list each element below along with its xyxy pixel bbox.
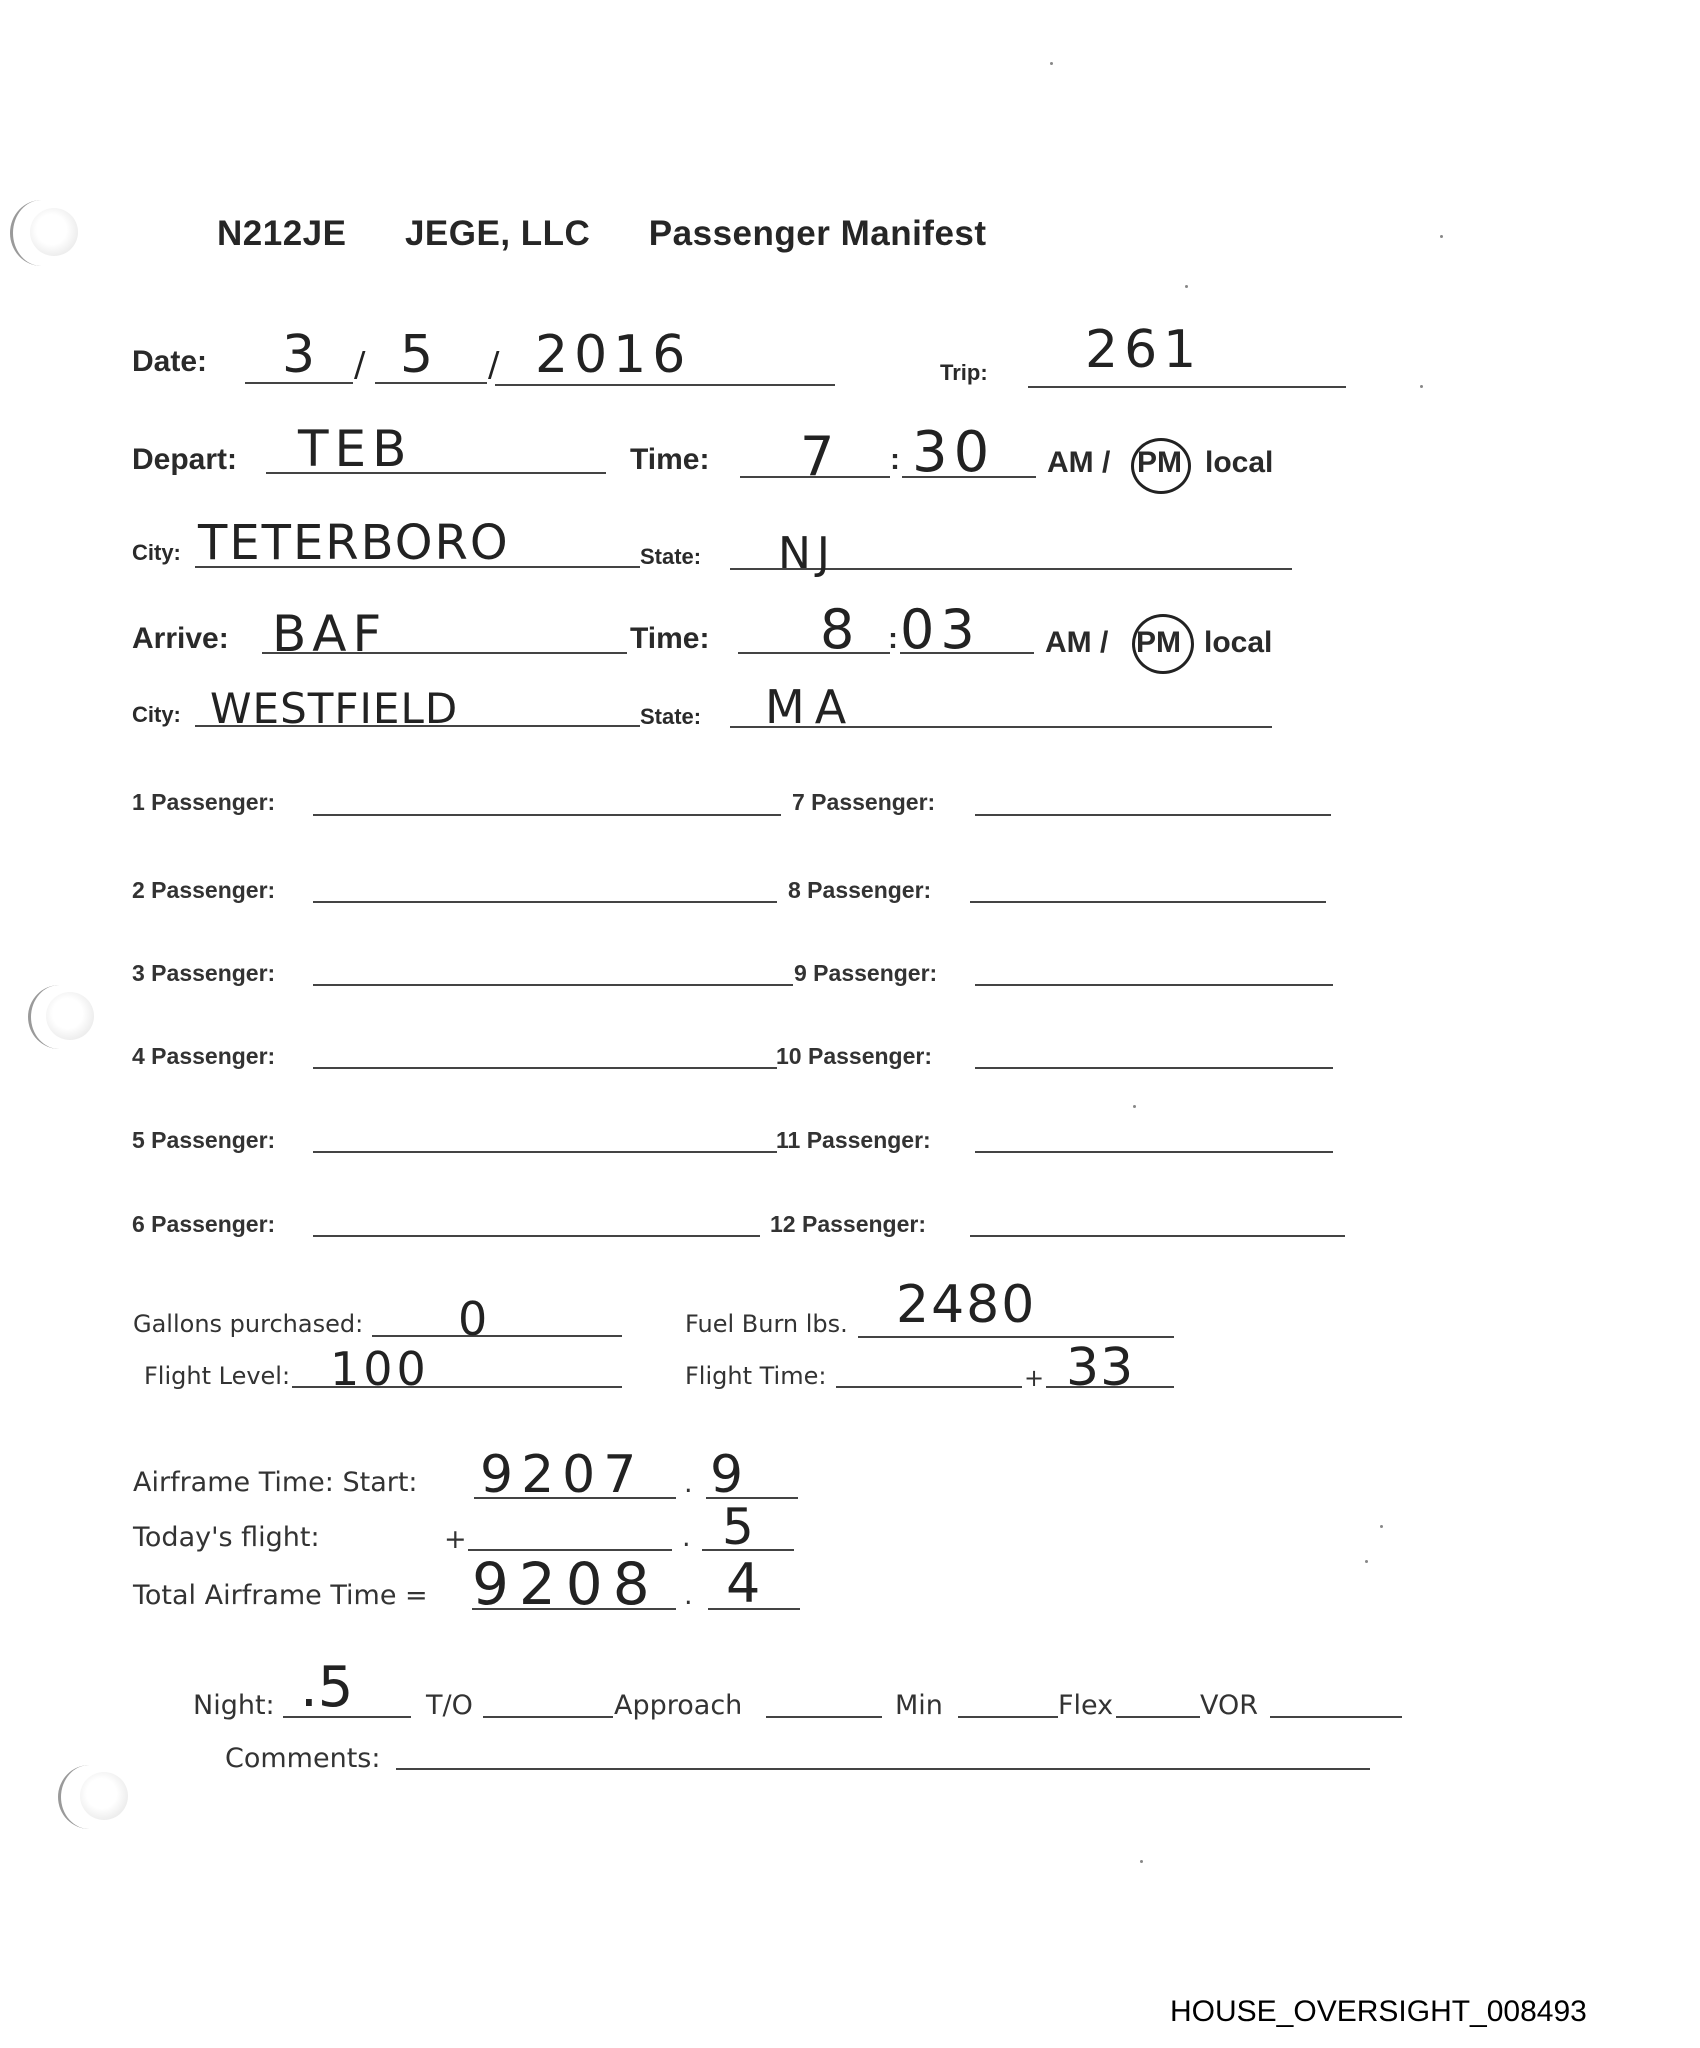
scan-speck	[1365, 1560, 1368, 1563]
flex-label: Flex	[1058, 1690, 1113, 1721]
comments-label: Comments:	[225, 1743, 380, 1774]
airframe-start-label: Airframe Time: Start:	[133, 1467, 418, 1498]
fuel-burn-label: Fuel Burn lbs.	[685, 1310, 848, 1338]
passenger-6-label: 6 Passenger:	[132, 1211, 275, 1238]
total-airframe-decimal: .	[684, 1580, 693, 1611]
company-name: JEGE, LLC	[405, 214, 590, 253]
arrive-am-label[interactable]: AM /	[1045, 626, 1108, 660]
flight-time-hours-line[interactable]	[836, 1386, 1022, 1388]
night-label: Night:	[193, 1690, 275, 1721]
passenger-9-label: 9 Passenger:	[794, 960, 937, 987]
depart-time-label: Time:	[630, 443, 709, 477]
hole-punch-bottom-shadow	[58, 1765, 121, 1829]
flight-time-plus: +	[1024, 1364, 1044, 1392]
arrive-state-value[interactable]: MA	[765, 680, 856, 734]
depart-state-value[interactable]: NJ	[778, 528, 836, 579]
passenger-8-label: 8 Passenger:	[788, 877, 931, 904]
depart-pm-selected-circle	[1131, 438, 1191, 494]
arrive-state-label: State:	[640, 704, 701, 730]
vor-field[interactable]	[1270, 1716, 1402, 1718]
total-airframe-label: Total Airframe Time =	[133, 1580, 428, 1611]
passenger-12-field[interactable]	[970, 1235, 1345, 1237]
today-flight-label: Today's flight:	[133, 1522, 320, 1553]
depart-city-label: City:	[132, 540, 181, 566]
scan-speck	[1050, 62, 1053, 65]
tail-number: N212JE	[217, 214, 346, 253]
comments-field[interactable]	[396, 1768, 1370, 1770]
gallons-value[interactable]: 0	[458, 1292, 493, 1346]
scan-speck	[1420, 385, 1423, 388]
depart-label: Depart:	[132, 443, 237, 477]
gallons-line	[372, 1335, 622, 1337]
passenger-2-label: 2 Passenger:	[132, 877, 275, 904]
trip-label: Trip:	[940, 360, 988, 386]
date-month-value[interactable]: 3	[282, 325, 321, 385]
passenger-3-field[interactable]	[313, 984, 793, 986]
passenger-4-label: 4 Passenger:	[132, 1043, 275, 1070]
to-label: T/O	[426, 1690, 473, 1721]
fuel-burn-value[interactable]: 2480	[896, 1275, 1036, 1335]
passenger-12-label: 12 Passenger:	[770, 1211, 926, 1238]
flex-field[interactable]	[1116, 1716, 1200, 1718]
depart-local-label: local	[1205, 446, 1273, 480]
trip-line	[1028, 386, 1346, 388]
flight-time-minutes-value[interactable]: 33	[1066, 1338, 1134, 1398]
arrive-local-label: local	[1204, 626, 1272, 660]
arrive-time-sep: :	[888, 622, 898, 656]
depart-time-sep: :	[890, 443, 900, 477]
passenger-7-label: 7 Passenger:	[792, 789, 935, 816]
total-airframe-tenths[interactable]: 4	[726, 1552, 766, 1615]
scan-speck	[1440, 235, 1443, 238]
passenger-11-field[interactable]	[975, 1151, 1333, 1153]
today-flight-decimal: .	[682, 1522, 691, 1553]
total-airframe-whole[interactable]: 9208	[472, 1550, 660, 1618]
airframe-start-whole[interactable]: 9207	[480, 1445, 644, 1505]
arrive-hour-value[interactable]: 8	[820, 598, 860, 661]
airframe-start-tenths[interactable]: 9	[710, 1445, 749, 1505]
flight-level-label: Flight Level:	[144, 1362, 290, 1390]
arrive-minute-value[interactable]: 03	[900, 598, 981, 661]
arrive-city-value[interactable]: WESTFIELD	[210, 684, 458, 733]
passenger-10-field[interactable]	[975, 1067, 1333, 1069]
date-day-value[interactable]: 5	[400, 325, 439, 385]
passenger-5-label: 5 Passenger:	[132, 1127, 275, 1154]
arrive-value[interactable]: BAF	[272, 605, 387, 663]
arrive-city-label: City:	[132, 702, 181, 728]
vor-label: VOR	[1200, 1690, 1258, 1721]
trip-value[interactable]: 261	[1085, 320, 1202, 380]
night-value[interactable]: .5	[300, 1655, 353, 1720]
flight-level-value[interactable]: 100	[330, 1342, 430, 1396]
arrive-hour-line	[738, 652, 890, 654]
passenger-10-label: 10 Passenger:	[776, 1043, 932, 1070]
approach-label: Approach	[614, 1690, 742, 1721]
today-flight-plus: +	[444, 1524, 467, 1555]
approach-field[interactable]	[766, 1716, 882, 1718]
depart-minute-value[interactable]: 30	[912, 420, 995, 485]
passenger-1-label: 1 Passenger:	[132, 789, 275, 816]
passenger-2-field[interactable]	[313, 901, 777, 903]
depart-state-label: State:	[640, 544, 701, 570]
hole-punch-middle-shadow	[28, 985, 91, 1049]
date-year-value[interactable]: 2016	[535, 325, 691, 385]
depart-hour-value[interactable]: 7	[800, 425, 840, 488]
scan-speck	[1380, 1525, 1383, 1528]
bates-number: HOUSE_OVERSIGHT_008493	[1170, 1995, 1587, 2029]
arrive-pm-selected-circle	[1132, 614, 1194, 674]
min-label: Min	[895, 1690, 943, 1721]
passenger-4-field[interactable]	[313, 1067, 777, 1069]
date-label: Date:	[132, 345, 207, 379]
passenger-8-field[interactable]	[970, 901, 1326, 903]
arrive-label: Arrive:	[132, 622, 229, 656]
scan-speck	[1133, 1105, 1136, 1108]
scan-speck	[1185, 285, 1188, 288]
depart-am-label[interactable]: AM /	[1047, 446, 1110, 480]
passenger-9-field[interactable]	[975, 984, 1333, 986]
passenger-7-field[interactable]	[975, 814, 1331, 816]
depart-city-value[interactable]: TETERBORO	[198, 515, 510, 571]
flight-time-label: Flight Time:	[685, 1362, 826, 1390]
arrive-time-label: Time:	[630, 622, 709, 656]
passenger-11-label: 11 Passenger:	[776, 1127, 931, 1154]
form-header: N212JE JEGE, LLC Passenger Manifest	[217, 214, 987, 254]
scan-speck	[1140, 1860, 1143, 1863]
date-sep-2: /	[488, 345, 505, 385]
depart-value[interactable]: TEB	[298, 420, 412, 478]
passenger-5-field[interactable]	[313, 1151, 777, 1153]
hole-punch-top-shadow	[10, 200, 73, 266]
date-sep-1: /	[354, 345, 371, 385]
airframe-start-decimal: .	[684, 1468, 693, 1499]
today-flight-tenths[interactable]: 5	[722, 1498, 760, 1556]
min-field[interactable]	[958, 1716, 1058, 1718]
passenger-1-field[interactable]	[313, 814, 781, 816]
form-title: Passenger Manifest	[649, 214, 987, 253]
passenger-6-field[interactable]	[313, 1235, 760, 1237]
gallons-label: Gallons purchased:	[133, 1310, 363, 1338]
to-field[interactable]	[483, 1716, 613, 1718]
passenger-3-label: 3 Passenger:	[132, 960, 275, 987]
